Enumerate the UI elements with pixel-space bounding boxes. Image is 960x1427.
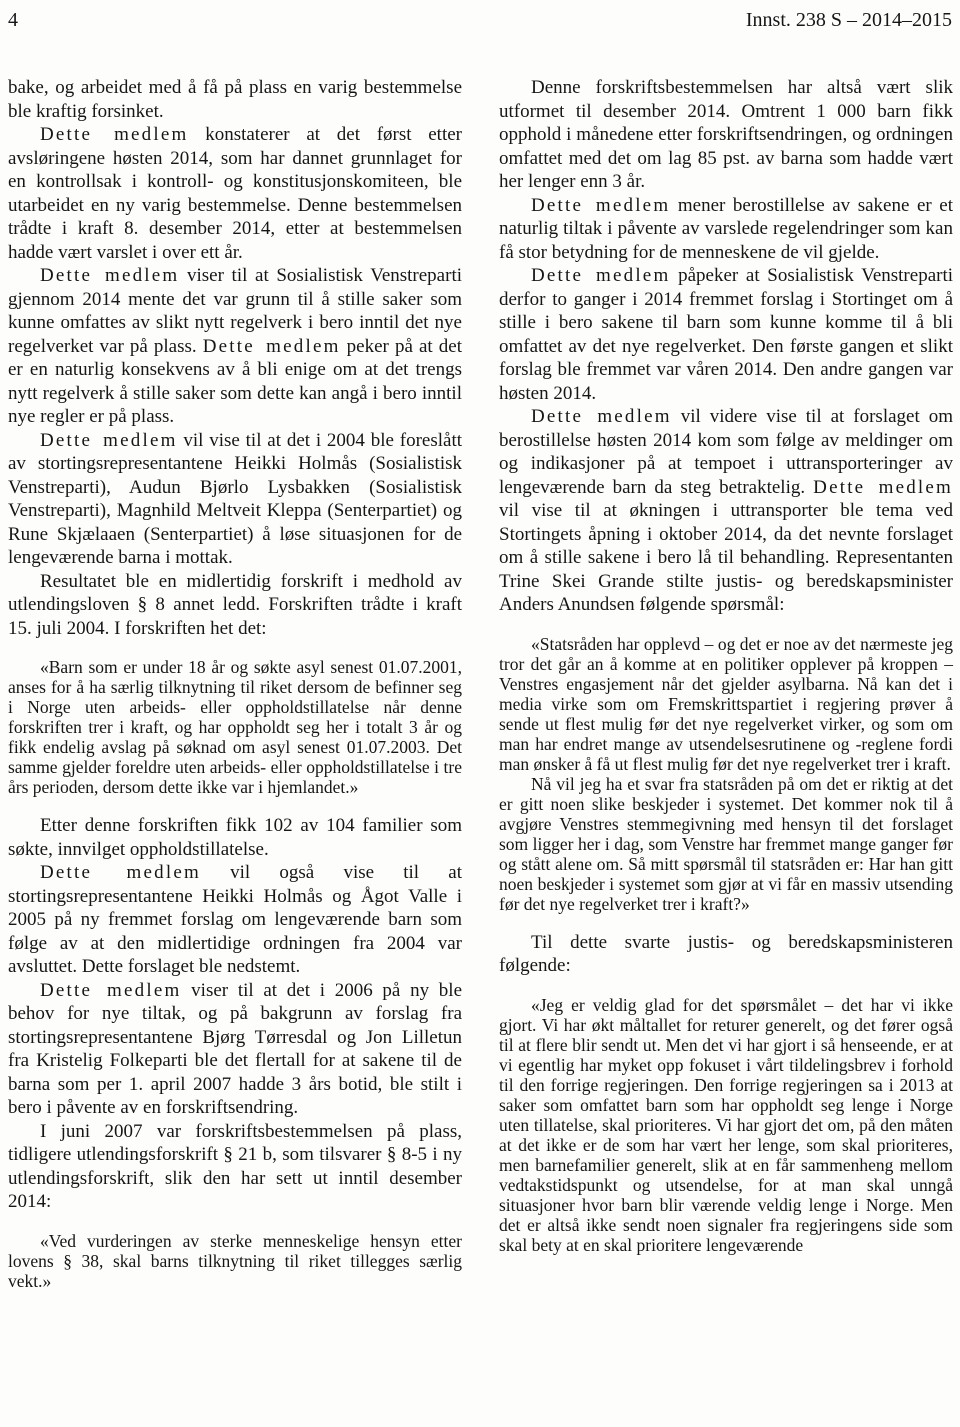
spaced-emphasis-text: Dette medlem bbox=[531, 265, 670, 286]
paragraph: Dette medlem påpeker at Sosialistisk Ven… bbox=[499, 264, 953, 405]
text-run: bake, og arbeidet med å få på plass en v… bbox=[8, 77, 462, 122]
quote-paragraph: «Jeg er veldig glad for det spørsmålet –… bbox=[499, 995, 953, 1255]
spaced-emphasis-text: Dette medlem bbox=[40, 862, 201, 883]
text-run: I juni 2007 var forskriftsbestemmelsen p… bbox=[8, 1121, 462, 1213]
paragraph: Dette medlem mener berostillelse av sake… bbox=[499, 194, 953, 265]
paragraph: Dette medlem konstaterer at det først et… bbox=[8, 123, 462, 264]
text-run: Etter denne forskriften fikk 102 av 104 … bbox=[8, 815, 462, 860]
spaced-emphasis-text: Dette medlem bbox=[40, 265, 179, 286]
text-run: Nå vil jeg ha et svar fra statsråden på … bbox=[499, 774, 953, 914]
body-block: bake, og arbeidet med å få på plass en v… bbox=[8, 76, 462, 640]
spaced-emphasis-text: Dette medlem bbox=[531, 406, 672, 427]
text-run: «Statsråden har opplevd – og det er noe … bbox=[499, 634, 953, 774]
quote-paragraph: «Ved vurderingen av sterke menneskelige … bbox=[8, 1231, 462, 1291]
body-block: Denne forskriftsbestemmelsen har altså v… bbox=[499, 76, 953, 617]
text-run: «Barn som er under 18 år og søkte asyl s… bbox=[8, 657, 462, 797]
spaced-emphasis-text: Dette medlem bbox=[40, 980, 181, 1001]
column-left: bake, og arbeidet med å få på plass en v… bbox=[8, 76, 462, 1308]
spaced-emphasis-text: Dette medlem bbox=[813, 477, 953, 498]
paragraph: Etter denne forskriften fikk 102 av 104 … bbox=[8, 814, 462, 861]
text-run: Resultatet ble en midlertidig forskrift … bbox=[8, 571, 462, 639]
page-header: 4 Innst. 238 S – 2014–2015 bbox=[8, 8, 952, 32]
text-run: Denne forskriftsbestemmelsen har altså v… bbox=[499, 77, 953, 192]
text-run: Til dette svarte justis- og beredskapsmi… bbox=[499, 932, 953, 977]
quote-block: «Statsråden har opplevd – og det er noe … bbox=[499, 634, 953, 914]
quote-block: «Barn som er under 18 år og søkte asyl s… bbox=[8, 657, 462, 797]
spaced-emphasis-text: Dette medlem bbox=[203, 336, 341, 357]
text-run: «Jeg er veldig glad for det spørsmålet –… bbox=[499, 995, 953, 1255]
quote-block: «Jeg er veldig glad for det spørsmålet –… bbox=[499, 995, 953, 1255]
paragraph: Resultatet ble en midlertidig forskrift … bbox=[8, 570, 462, 641]
paragraph: Dette medlem vil videre vise til at fors… bbox=[499, 405, 953, 617]
paragraph: Dette medlem viser til at det i 2006 på … bbox=[8, 979, 462, 1120]
quote-paragraph: «Statsråden har opplevd – og det er noe … bbox=[499, 634, 953, 774]
page-number: 4 bbox=[8, 8, 18, 32]
quote-paragraph: Nå vil jeg ha et svar fra statsråden på … bbox=[499, 774, 953, 914]
spaced-emphasis-text: Dette medlem bbox=[531, 195, 670, 216]
paragraph: Dette medlem viser til at Sosialistisk V… bbox=[8, 264, 462, 429]
paragraph: I juni 2007 var forskriftsbestemmelsen p… bbox=[8, 1120, 462, 1214]
spaced-emphasis-text: Dette medlem bbox=[40, 124, 188, 145]
body-block: Til dette svarte justis- og beredskapsmi… bbox=[499, 931, 953, 978]
text-run: «Ved vurderingen av sterke menneskelige … bbox=[8, 1231, 462, 1291]
paragraph: Til dette svarte justis- og beredskapsmi… bbox=[499, 931, 953, 978]
quote-paragraph: «Barn som er under 18 år og søkte asyl s… bbox=[8, 657, 462, 797]
paragraph: Denne forskriftsbestemmelsen har altså v… bbox=[499, 76, 953, 194]
page-content: bake, og arbeidet med å få på plass en v… bbox=[8, 76, 953, 1308]
paragraph: Dette medlem vil vise til at det i 2004 … bbox=[8, 429, 462, 570]
paragraph: Dette medlem vil også vise til at storti… bbox=[8, 861, 462, 979]
page-title: Innst. 238 S – 2014–2015 bbox=[746, 8, 952, 32]
quote-block: «Ved vurderingen av sterke menneskelige … bbox=[8, 1231, 462, 1291]
document-page: 4 Innst. 238 S – 2014–2015 bake, og arbe… bbox=[0, 0, 960, 1427]
paragraph: bake, og arbeidet med å få på plass en v… bbox=[8, 76, 462, 123]
column-right: Denne forskriftsbestemmelsen har altså v… bbox=[499, 76, 953, 1308]
body-block: Etter denne forskriften fikk 102 av 104 … bbox=[8, 814, 462, 1214]
text-run: vil vise til at økningen i uttransporter… bbox=[499, 500, 953, 615]
spaced-emphasis-text: Dette medlem bbox=[40, 430, 178, 451]
